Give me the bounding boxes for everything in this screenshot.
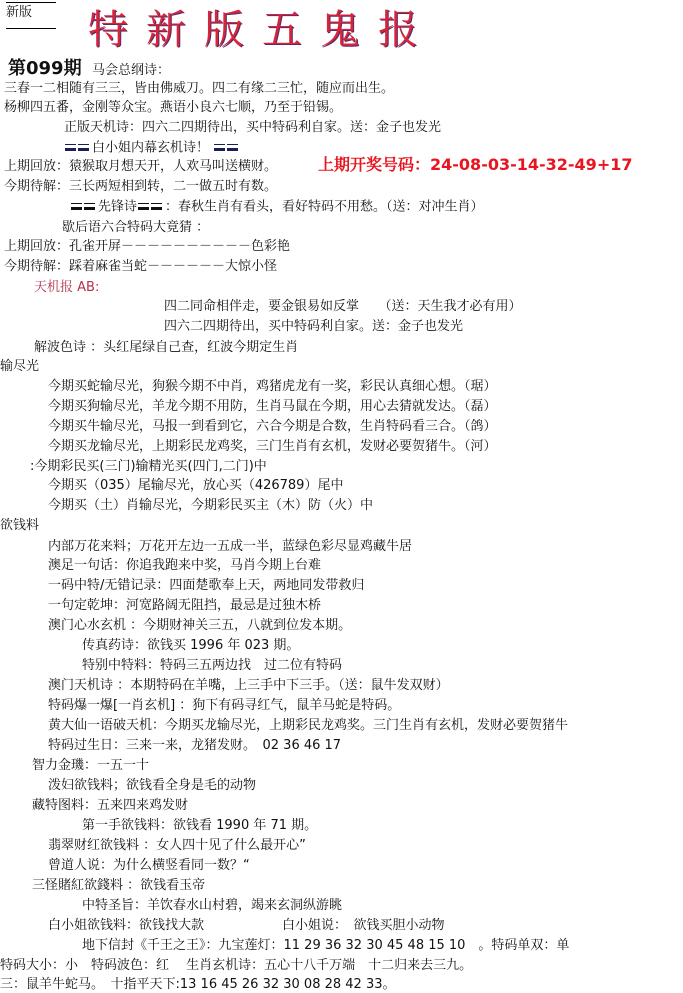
bai-say: 白小姐说： 欲钱买胆小动物 <box>282 917 445 935</box>
divider <box>6 2 56 3</box>
shujinguang-tail: 今期买（035）尾输尽光，放心买（426789）尾中 <box>48 477 343 495</box>
feicui-liao: 翡翠财红欲钱料 ：女人四十见了什么最开心” <box>48 837 306 855</box>
last-draw-result: 上期开奖号码：24-08-03-14-32-49+17 <box>318 154 632 176</box>
this-period: 今期待解：三长两短相到转，二一做五时有数。 <box>4 178 277 196</box>
yuqian-line: 一句定乾坤：河宽路阔无阻挡，最忌是过独木桥 <box>48 597 321 615</box>
xiehouyu-last: 上期回放：孔雀开屏－－－－－－－－－－色彩艳 <box>4 238 290 256</box>
yuqian-line: 澳门天机诗 ：本期特码在羊嘴，上三手中下三手。（送：鼠牛发双财） <box>48 677 449 695</box>
chuanzhen-poem: 传真药诗：欲钱买 1996 年 023 期。 <box>82 637 299 655</box>
zhongte-shengzhi: 中特圣旨：羊饮春水山村碧，竭来玄洞纵游眺 <box>82 897 342 915</box>
tianjibao-line: 四六二四期待出，买中特码利自家。送：金子也发光 <box>164 318 463 336</box>
zhengban-poem: 正版天机诗：四六二四期待出，买中特码利自家。送：金子也发光 <box>64 119 441 137</box>
decor-blocks-icon <box>138 198 164 216</box>
jiebo-poem: 解波色诗 ：头红尾绿自己查，红波今期定生肖 <box>34 339 298 357</box>
issue-subtitle: 马会总纲诗： <box>92 62 170 80</box>
yuqian-line: 特码过生日：三来一来，龙猪发财。 02 36 46 17 <box>48 737 341 755</box>
yuqian-line: 黄大仙一语破天机：今期买龙输尽光，上期彩民龙鸡奖。三门生肖有玄机，发财必要贺猪牛 <box>48 717 568 735</box>
zengdao-say: 曾道人说：为什么横竖看同一数？“ <box>48 857 250 875</box>
yuqian-line: 内部万花来料；万花开左边一五成一半，蓝绿色彩尽显鸡藏牛居 <box>48 538 412 556</box>
section-heading: 欲钱料 <box>0 517 39 535</box>
tebie-liao: 特别中特料：特码三五两边找 过二位有特码 <box>82 657 342 675</box>
last-review: 上期回放：猿猴取月想天开，人欢马叫送横财。 <box>4 158 277 176</box>
divider <box>6 28 56 29</box>
last-draw-label: 上期开奖号码： <box>318 155 430 174</box>
poem-line: 三春一二相随有三三，皆由佛威刀。四二有缘二三忙，随应而出生。 <box>4 80 394 98</box>
bai-title: 白小姐内幕玄机诗！ <box>92 141 209 156</box>
xianfeng-row: 先锋诗：春秋生肖有看头，看好特码不用愁。（送：对冲生肖） <box>70 198 484 217</box>
yuqian-line: 澳门心水玄机 ：今期财神关三五，八就到位发本期。 <box>48 617 351 635</box>
shujinguang-line: 今期买龙输尽光，上期彩民龙鸡奖，三门生肖有玄机，发财必要贺猪牛。（河） <box>48 438 497 456</box>
xianfeng-label: 先锋诗 <box>98 200 137 215</box>
decor-blocks-icon <box>71 198 97 216</box>
shujinguang-line: 今期买牛输尽光，马报一到看到它，六合今期是合数，生肖特码看三合。（鸽） <box>48 418 497 436</box>
tianjibao-line: 四二同命相伴走，要金银易如反掌 （送：天生我才必有用） <box>164 298 522 316</box>
shujinguang-summary: :今期彩民买(三门)输精光买(四门,二门)中 <box>30 458 267 476</box>
decor-blocks-icon <box>214 139 240 157</box>
page-title: 特新版五鬼报 <box>88 4 436 56</box>
bai-title-row: 白小姐内幕玄机诗！ <box>64 139 241 158</box>
last-line: 三：鼠羊牛蛇马。 十指平天下:13 16 45 26 32 30 08 28 4… <box>0 976 396 993</box>
sanguai-liao: 三怪賭紅欲錢料 ：欲钱看玉帝 <box>32 877 205 895</box>
section-heading: 输尽光 <box>0 358 39 376</box>
edition-label: 新版 <box>6 4 56 22</box>
last-draw-numbers: 24-08-03-14-32-49+17 <box>430 155 632 174</box>
issue-number: 第099期 <box>8 57 82 81</box>
pofu-liao: 泼妇欲钱料；欲钱看全身是毛的动物 <box>48 777 256 795</box>
xiehouyu-title: 歇后语六合特码大竟猜 ： <box>62 219 209 237</box>
tianjibao-label: 天机报 AB: <box>34 279 99 297</box>
shujinguang-line: 今期买蛇输尽光，狗猴今期不中肖，鸡猪虎龙有一奖，彩民认真细心想。（琚） <box>48 378 497 396</box>
yuqian-line: 澳足一句话：你追我跑来中奖，马肖今期上台难 <box>48 557 321 575</box>
diyishou-liao: 第一手欲钱料：欲钱看 1990 年 71 期。 <box>82 817 317 835</box>
xiehouyu-current: 今期待解：踩着麻雀当蛇－－－－－－大惊小怪 <box>4 258 277 276</box>
yuqian-line: 一码中特/无错记录：四面楚歌奉上天，两地同发带救归 <box>48 577 364 595</box>
zhili-jinji: 智力金璣：一五一十 <box>32 757 149 775</box>
cangte-liao: 藏特图料：五来四来鸡发财 <box>32 797 188 815</box>
xianfeng-text: ：春秋生肖有看头，看好特码不用愁。（送：对冲生肖） <box>165 200 484 215</box>
bai-liao: 白小姐欲钱料：欲钱找大款 <box>48 917 204 935</box>
decor-blocks-icon <box>65 139 91 157</box>
shujinguang-element: 今期买（土）肖输尽光，今期彩民买主（木）防（火）中 <box>48 497 373 515</box>
yuqian-line: 特码爆一爆[一肖玄机] ：狗下有码寻红气，鼠羊马蛇是特码。 <box>48 697 400 715</box>
tema-size: 特码大小：小 特码波色：红 生肖玄机诗：五心十八千万端 十二归来去三九。 <box>0 957 472 975</box>
dixia-xinfeng: 地下信封《千王之王》：九宝莲灯：11 29 36 32 30 45 48 15 … <box>82 937 569 955</box>
poem-line: 杨柳四五番，金刚等众宝。燕语小良六七顺，乃至于铅锡。 <box>4 99 342 117</box>
shujinguang-line: 今期买狗输尽光，羊龙今期不用防，生肖马鼠在今期，用心去猜就发达。（磊） <box>48 398 497 416</box>
